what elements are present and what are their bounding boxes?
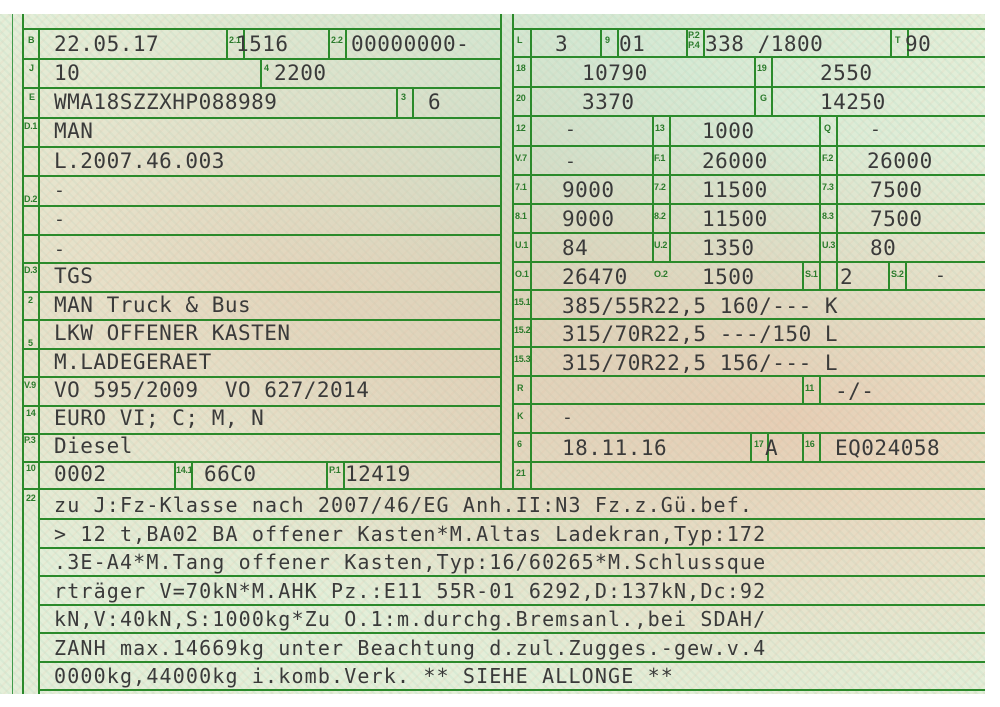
value-E: WMA18SZZXHP088989 xyxy=(54,90,277,114)
label-15-1: 15.1 xyxy=(514,298,530,307)
label-14-1: 14.1 xyxy=(176,466,192,475)
grid-line xyxy=(819,261,821,289)
remark-line-4: rträger V=70kN*M.AHK Pz.:E11 55R-01 6292… xyxy=(54,579,766,603)
grid-line xyxy=(512,145,985,147)
label-D-3: D.3 xyxy=(24,266,37,275)
grid-line xyxy=(754,56,756,115)
grid-line xyxy=(38,547,985,549)
label-17: 17 xyxy=(754,440,763,449)
value-15-3: 315/70R22,5 156/--- L xyxy=(562,351,838,375)
grid-line xyxy=(836,115,838,289)
label-5: 5 xyxy=(28,339,33,348)
label-P-1: P.1 xyxy=(329,466,340,475)
label-21: 21 xyxy=(516,469,525,478)
value-V-9: VO 595/2009 VO 627/2014 xyxy=(54,378,369,402)
label-15-2: 15.2 xyxy=(514,326,530,335)
grid-line xyxy=(38,575,985,577)
grid-line xyxy=(600,28,602,56)
label-13: 13 xyxy=(655,124,664,133)
value-7-1: 9000 xyxy=(562,178,615,202)
label-7-1: 7.1 xyxy=(515,183,527,192)
value-8-3: 7500 xyxy=(870,207,923,231)
remark-line-3: .3E-A4*M.Tang offener Kasten,Typ:16/6026… xyxy=(54,550,766,574)
grid-line xyxy=(512,289,985,291)
grid-line xyxy=(22,205,500,207)
label-U-1: U.1 xyxy=(515,241,528,250)
label-F-1: F.1 xyxy=(654,154,665,163)
value-F-2: 26000 xyxy=(867,149,933,173)
grid-line xyxy=(328,28,330,58)
grid-line xyxy=(771,56,773,115)
remark-line-2: > 12 t,BA02 BA offener Kasten*M.Altas La… xyxy=(54,522,766,546)
value-14: EURO VI; C; M, N xyxy=(54,406,264,430)
label-J: J xyxy=(29,64,34,73)
grid-line xyxy=(22,117,500,119)
grid-line xyxy=(512,375,985,377)
value-7-3: 7500 xyxy=(870,178,923,202)
value-D-3: TGS xyxy=(54,264,93,288)
value-2: MAN Truck & Bus xyxy=(54,293,251,317)
value-D-1: MAN xyxy=(54,119,93,143)
label-15-3: 15.3 xyxy=(514,355,530,364)
grid-line xyxy=(22,87,500,89)
value-G: 14250 xyxy=(820,90,886,114)
label-4: 4 xyxy=(264,64,269,73)
value-B: 22.05.17 xyxy=(54,32,159,56)
grid-line xyxy=(530,28,532,488)
grid-line xyxy=(512,56,985,58)
label-F-2: F.2 xyxy=(822,154,833,163)
grid-line xyxy=(38,661,985,663)
label-Q: Q xyxy=(824,124,831,133)
grid-line xyxy=(512,346,985,348)
grid-line xyxy=(512,174,985,176)
label-T: T xyxy=(895,36,900,45)
grid-line xyxy=(512,318,985,320)
label-U-3: U.3 xyxy=(822,241,835,250)
value-3: 6 xyxy=(428,90,441,114)
label-8-1: 8.1 xyxy=(515,212,527,221)
value-8-2: 11500 xyxy=(702,207,768,231)
label-K: K xyxy=(517,412,523,421)
value-K: - xyxy=(562,406,573,430)
grid-line xyxy=(819,375,821,403)
value-D-2-line-3: - xyxy=(54,208,65,232)
grid-line xyxy=(22,146,500,148)
label-6: 6 xyxy=(517,440,522,449)
grid-line xyxy=(512,28,985,30)
label-G: G xyxy=(760,94,767,103)
grid-line xyxy=(38,28,40,488)
label-22: 22 xyxy=(26,494,35,503)
grid-line xyxy=(512,461,985,463)
grid-line xyxy=(750,432,752,461)
label-20: 20 xyxy=(516,94,525,103)
value-2-1: 1516 xyxy=(236,32,289,56)
value-L: 3 xyxy=(555,32,568,56)
label-19: 19 xyxy=(757,64,766,73)
grid-line xyxy=(905,261,907,289)
label-16: 16 xyxy=(805,440,814,449)
value-U-2: 1350 xyxy=(702,236,755,260)
value-18: 10790 xyxy=(582,61,648,85)
column-divider xyxy=(500,14,502,488)
value-10: 0002 xyxy=(54,462,107,486)
label-D-2: D.2 xyxy=(24,195,37,204)
label-9: 9 xyxy=(605,36,610,45)
value-U-1: 84 xyxy=(562,236,588,260)
value-9: 01 xyxy=(619,32,645,56)
label-7-3: 7.3 xyxy=(822,183,834,192)
value-15-1: 385/55R22,5 160/--- K xyxy=(562,294,838,318)
grid-line xyxy=(512,432,985,434)
value-5-line-1: LKW OFFENER KASTEN xyxy=(54,321,291,345)
label-R: R xyxy=(517,384,523,393)
grid-line xyxy=(512,403,985,405)
grid-line xyxy=(802,432,804,461)
value-P-1: 12419 xyxy=(345,462,411,486)
value-S-2: - xyxy=(935,264,946,288)
remark-line-6: ZANH max.14669kg unter Beachtung d.zul.Z… xyxy=(54,636,766,660)
grid-line xyxy=(802,375,804,403)
value-O-1: 26470 xyxy=(562,265,628,289)
value-J: 10 xyxy=(54,61,80,85)
value-16: EQ024058 xyxy=(835,436,940,460)
label-E: E xyxy=(29,93,35,102)
label-12: 12 xyxy=(516,124,525,133)
label-2: 2 xyxy=(28,296,33,305)
remark-line-5: kN,V:40kN,S:1000kg*Zu O.1:m.durchg.Brems… xyxy=(54,607,766,631)
grid-line xyxy=(38,689,985,691)
grid-line xyxy=(38,632,985,634)
grid-line xyxy=(22,28,500,30)
value-12: - xyxy=(565,118,576,142)
label-L: L xyxy=(517,36,522,45)
grid-line xyxy=(260,58,262,87)
value-15-2: 315/70R22,5 ---/150 L xyxy=(562,322,838,346)
value-D-2-line-4: - xyxy=(54,238,65,262)
label-14: 14 xyxy=(26,409,35,418)
value-U-3: 80 xyxy=(870,236,896,260)
label-P-2: P.2 xyxy=(688,31,699,40)
grid-line xyxy=(396,87,398,117)
value-P-3: Diesel xyxy=(54,434,133,458)
grid-line xyxy=(512,86,985,88)
label-11: 11 xyxy=(805,384,814,393)
label-S-2: S.2 xyxy=(891,270,904,279)
label-S-1: S.1 xyxy=(805,270,818,279)
margin-line xyxy=(12,14,13,694)
value-17: A xyxy=(765,436,778,460)
label-8-3: 8.3 xyxy=(822,212,834,221)
grid-line xyxy=(38,604,985,606)
label-7-2: 7.2 xyxy=(654,183,666,192)
grid-line xyxy=(412,87,414,117)
label-18: 18 xyxy=(516,64,525,73)
grid-line xyxy=(38,488,985,490)
margin-line xyxy=(22,14,24,694)
grid-line xyxy=(888,261,890,289)
grid-line xyxy=(890,28,892,56)
label-D-1: D.1 xyxy=(24,122,37,131)
value-13: 1000 xyxy=(702,119,755,143)
value-19: 2550 xyxy=(820,61,873,85)
grid-line xyxy=(512,115,985,117)
value-S-1: 2 xyxy=(840,265,853,289)
value-D-2-line-1: L.2007.46.003 xyxy=(54,149,225,173)
label-2-2: 2.2 xyxy=(331,36,343,45)
grid-line xyxy=(226,28,228,58)
label-P-4: P.4 xyxy=(688,41,699,50)
value-2-2: 00000000- xyxy=(351,32,469,56)
value-5-line-2: M.LADEGERAET xyxy=(54,350,212,374)
value-V-7: - xyxy=(565,150,576,174)
label-10: 10 xyxy=(26,464,35,473)
value-20: 3370 xyxy=(582,90,635,114)
label-O-1: O.1 xyxy=(515,270,529,279)
value-T: 90 xyxy=(905,32,931,56)
value-O-2: 1500 xyxy=(702,265,755,289)
grid-line xyxy=(819,432,821,461)
grid-line xyxy=(22,234,500,236)
label-B: B xyxy=(28,36,34,45)
value-6: 18.11.16 xyxy=(562,436,667,460)
label-V-7: V.7 xyxy=(515,154,527,163)
grid-line xyxy=(802,261,804,289)
label-3: 3 xyxy=(401,93,406,102)
grid-line xyxy=(22,175,500,177)
label-U-2: U.2 xyxy=(654,241,667,250)
value-P-2-P-4: 338 /1800 xyxy=(705,32,823,56)
value-14-1: 66C0 xyxy=(204,462,257,486)
grid-line xyxy=(669,115,671,261)
grid-line xyxy=(512,261,985,263)
remark-line-7: 0000kg,44000kg i.komb.Verk. ** SIEHE ALL… xyxy=(54,664,674,688)
grid-line xyxy=(345,28,347,58)
value-Q: - xyxy=(870,118,881,142)
grid-line xyxy=(512,232,985,234)
label-V-9: V.9 xyxy=(24,381,36,390)
grid-line xyxy=(38,518,985,520)
label-P-3: P.3 xyxy=(24,436,35,445)
grid-line xyxy=(512,203,985,205)
value-11: -/- xyxy=(835,379,874,403)
label-O-2: O.2 xyxy=(654,270,668,279)
grid-line xyxy=(22,262,500,264)
value-8-1: 9000 xyxy=(562,207,615,231)
value-4: 2200 xyxy=(274,61,327,85)
value-D-2-line-2: - xyxy=(54,179,65,203)
grid-line xyxy=(326,461,328,488)
label-8-2: 8.2 xyxy=(654,212,666,221)
remark-line-1: zu J:Fz-Klasse nach 2007/46/EG Anh.II:N3… xyxy=(54,493,753,517)
value-7-2: 11500 xyxy=(702,178,768,202)
value-F-1: 26000 xyxy=(702,149,768,173)
